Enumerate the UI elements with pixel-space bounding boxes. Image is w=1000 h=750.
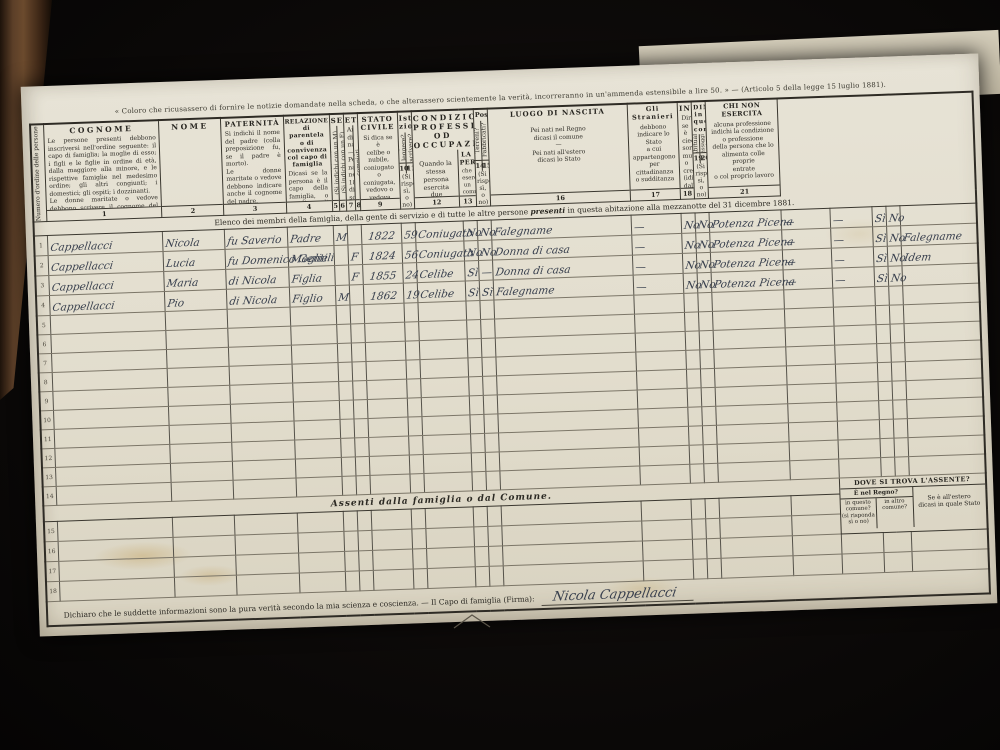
handwritten-entry: 56: [404, 250, 419, 261]
cell: [229, 345, 292, 366]
row-number: 1: [33, 236, 48, 256]
cell: [482, 376, 497, 395]
absent-location-box: DOVE SI TROVA L'ASSENTE? È nel Regno? in…: [839, 473, 987, 534]
cell: [488, 546, 503, 566]
cell: [168, 385, 231, 406]
subcol-occasionale: Occasionale, di passaggio, per breve tem…: [699, 134, 707, 163]
cell: [334, 265, 349, 285]
cell: [233, 459, 296, 480]
handwritten-entry: Lucia: [165, 258, 196, 270]
cell: [427, 567, 476, 589]
cell: [231, 402, 294, 423]
cell: No: [697, 272, 712, 292]
cell: [425, 507, 474, 529]
handwritten-entry: —: [784, 237, 796, 248]
cell: [235, 533, 298, 555]
handwritten-entry: Maria: [166, 278, 199, 290]
cell: No: [683, 253, 698, 273]
cell: di Nicola: [226, 267, 289, 289]
handwritten-entry: Padre: [289, 233, 321, 245]
cell: [792, 514, 841, 536]
subcol-condizione-note: Quando la stessa persona esercita due pr…: [413, 150, 459, 209]
cell: [412, 529, 427, 549]
cell: [173, 535, 236, 557]
cell: No: [697, 252, 712, 272]
cell: [787, 364, 836, 385]
cell: [713, 309, 786, 331]
cell: Maria: [164, 269, 227, 291]
cell: Potenza Picena: [709, 210, 782, 233]
cell: [689, 426, 704, 445]
handwritten-entry: Cappellacci: [50, 261, 113, 274]
handwritten-entry: —: [635, 262, 647, 273]
handwritten-entry: Falegname: [495, 285, 555, 298]
cell: Nicola: [163, 229, 226, 251]
cell: [339, 400, 354, 419]
cell: [467, 338, 482, 357]
cell: [420, 358, 469, 379]
cell: [364, 322, 405, 342]
handwritten-entry: Falegname: [493, 225, 553, 238]
cell: [640, 464, 691, 485]
cell: [704, 463, 719, 482]
cell: No: [695, 212, 710, 232]
handwritten-entry: Sì: [467, 288, 479, 299]
cell: [466, 319, 481, 338]
photo-stage: « Coloro che ricusassero di fornire le n…: [0, 0, 1000, 750]
absent-box-regno: È nel Regno? in questo comune? (si rispo…: [840, 487, 914, 530]
cell: [422, 434, 471, 455]
cell: [231, 421, 294, 442]
cell: [787, 383, 836, 404]
cell: [642, 519, 693, 541]
cell: [298, 551, 345, 573]
cell: [902, 263, 979, 286]
cell: Sì: [874, 266, 889, 286]
cell: [889, 305, 904, 324]
cell: Potenza Picena: [711, 250, 784, 273]
cell: [468, 357, 483, 376]
cell: Potenza Picena: [710, 230, 783, 253]
cell: [365, 341, 406, 361]
cell: [884, 552, 913, 573]
cell: 1862: [363, 283, 404, 304]
cell: [469, 395, 484, 414]
cell: [369, 455, 410, 475]
cell: [342, 476, 357, 495]
handwritten-entry: 1855: [369, 271, 397, 282]
cell: [290, 306, 337, 327]
handwritten-entry: —: [784, 217, 796, 228]
handwritten-entry: Sì: [874, 234, 886, 245]
row-number: 4: [36, 296, 51, 316]
cell: —: [831, 247, 874, 268]
cell: [366, 360, 407, 380]
cell: [354, 418, 369, 437]
cell: [891, 362, 906, 381]
cell: [785, 326, 834, 347]
cell: [338, 381, 353, 400]
cell: [170, 442, 233, 463]
cell: [236, 553, 299, 575]
col-header-relazione: RELAZIONE di parentela o di convivenza c…: [283, 114, 332, 213]
cell: [720, 516, 793, 539]
col-header-nome: NOME 2: [159, 118, 224, 218]
cell: [788, 402, 837, 423]
subcol-sa-scrivere: Sa scrivere? 11: [404, 132, 412, 173]
cell: [482, 357, 497, 376]
col-header-condizione: CONDIZIONE, PROFESSIONE OD OCCUPAZIONE Q…: [411, 109, 476, 209]
row-number: 18: [45, 581, 60, 601]
cell: [295, 457, 342, 478]
handwritten-entry: —: [786, 277, 798, 288]
cell: [411, 509, 426, 529]
handwritten-entry: No: [890, 273, 907, 284]
cell: [643, 559, 694, 581]
cell: M: [333, 225, 348, 245]
cell: [485, 452, 500, 471]
cell: [408, 436, 423, 455]
cell: [835, 363, 878, 383]
cell: [349, 285, 364, 305]
cell: No: [683, 273, 698, 293]
cell: [880, 438, 895, 457]
cell: [413, 568, 428, 588]
cell: [706, 518, 721, 538]
cell: [354, 437, 369, 456]
cell: [703, 425, 718, 444]
cell: [836, 382, 879, 402]
cell: [639, 445, 690, 466]
cell: [474, 546, 489, 566]
handwritten-entry: Donna di casa: [495, 265, 572, 278]
cell: 1824: [362, 243, 403, 264]
cell: [420, 377, 469, 398]
absent-box-in-questo: in questo comune? (si risponda sì o no): [840, 498, 877, 529]
cell: [703, 444, 718, 463]
cell: No: [887, 246, 902, 266]
cell: [836, 401, 879, 421]
cell: [693, 559, 708, 579]
cell: [340, 438, 355, 457]
cell: [641, 499, 692, 521]
cell: [407, 398, 422, 417]
cell: [351, 343, 366, 362]
cell: [406, 379, 421, 398]
cell: [488, 526, 503, 546]
cell: [838, 458, 881, 478]
cell: [372, 549, 413, 570]
handwritten-entry: Potenza Picena: [711, 217, 793, 230]
cell: [701, 368, 716, 387]
cell: Figlia: [288, 266, 335, 288]
cell: [421, 396, 470, 417]
cell: [888, 286, 903, 305]
handwritten-entry: M: [335, 233, 347, 244]
handwritten-entry: F: [351, 252, 360, 263]
cell: —: [781, 208, 830, 230]
cell: [721, 556, 794, 579]
census-sheet: « Coloro che ricusassero di fornire le n…: [21, 53, 998, 636]
absent-box-estero: Se è all'estero dicasi in quale Stato: [913, 484, 986, 526]
handwritten-entry: Potenza Picena: [713, 257, 795, 270]
handwritten-entry: Celibe: [419, 289, 454, 301]
cell: [167, 347, 230, 368]
cell: [404, 303, 419, 322]
cell: [475, 566, 490, 586]
cell: [789, 440, 838, 461]
cell: di Nicola: [227, 287, 290, 309]
cell: [486, 471, 501, 490]
row-number: 11: [40, 429, 55, 448]
cell: [705, 498, 720, 518]
cell: [173, 515, 236, 537]
handwritten-entry: Moglie: [290, 253, 328, 265]
subcol-la-persona: LA PERSONA che esercita un commercio o u…: [457, 149, 476, 207]
cell: [634, 293, 685, 314]
row-number: 10: [40, 410, 55, 429]
cell: [290, 325, 337, 346]
cell: Coniugata: [416, 241, 465, 263]
cell: [489, 566, 504, 586]
cell: [484, 414, 499, 433]
cell: [702, 406, 717, 425]
cell: fu Domenico Gentili: [225, 247, 288, 269]
cell: Sì: [872, 226, 887, 246]
cell: 1855: [362, 263, 403, 284]
cell: [356, 475, 371, 494]
cell: No: [682, 233, 697, 253]
cell: [167, 366, 230, 387]
presenti-emphasis: presenti: [530, 206, 565, 216]
cell: [357, 510, 372, 530]
cell: [715, 385, 788, 407]
cell: [685, 331, 700, 350]
cell: [685, 312, 700, 331]
cell: [426, 527, 475, 549]
cell: [418, 320, 467, 341]
cell: [890, 324, 905, 343]
cell: [713, 328, 786, 350]
row-number: 12: [41, 448, 56, 467]
cell: [358, 530, 373, 550]
cell: [636, 350, 687, 371]
handwritten-entry: —: [832, 235, 844, 246]
cell: [292, 362, 339, 383]
cell: Falegname: [900, 223, 977, 246]
cell: Coniugato: [415, 221, 464, 243]
cell: [424, 472, 473, 493]
cell: [874, 286, 889, 305]
cell: [838, 439, 881, 459]
cell: [175, 575, 238, 597]
head-of-family-signature: Nicola Cappellacci: [542, 586, 696, 606]
cell: [470, 414, 485, 433]
handwritten-entry: fu Saverio: [227, 235, 283, 247]
cell: [688, 407, 703, 426]
cell: [472, 471, 487, 490]
cell: [643, 539, 694, 561]
cell: [423, 453, 472, 474]
cell: [353, 399, 368, 418]
handwritten-entry: Sì: [876, 274, 888, 285]
cell: [637, 388, 688, 409]
cell: Padre: [287, 226, 334, 248]
handwritten-entry: Cappellacci: [52, 301, 115, 314]
handwritten-entry: Cappellacci: [50, 241, 113, 254]
cell: [344, 551, 359, 571]
cell: [368, 436, 409, 456]
cell: —: [632, 233, 683, 255]
row-number: 8: [38, 372, 53, 391]
cell: [912, 549, 989, 572]
handwritten-entry: Celibe: [418, 269, 453, 281]
handwritten-entry: Figlia: [290, 273, 322, 285]
cell: [233, 478, 296, 499]
cell: [837, 420, 880, 440]
cell: [367, 398, 408, 418]
handwritten-entry: Sì: [874, 214, 886, 225]
cell: 1822: [361, 223, 402, 244]
page-fold-mark: [452, 612, 492, 630]
cell: [406, 360, 421, 379]
cell: [484, 433, 499, 452]
cell: —: [829, 207, 872, 228]
cell: [834, 344, 877, 364]
handwritten-entry: —: [634, 242, 646, 253]
cell: —: [633, 253, 684, 275]
cell: [364, 303, 405, 323]
cell: [893, 419, 908, 438]
cell: No: [696, 232, 711, 252]
row-number: 9: [39, 391, 54, 410]
cell: [717, 442, 790, 464]
cell: [879, 419, 894, 438]
cell: [689, 445, 704, 464]
cell: —: [782, 228, 831, 250]
cell: [892, 400, 907, 419]
cell: [911, 529, 988, 552]
handwritten-entry: Nicola: [165, 238, 201, 250]
cell: [471, 452, 486, 471]
cell: [698, 292, 713, 311]
cell: [373, 569, 414, 590]
handwritten-entry: Sì: [481, 288, 493, 299]
cell: —: [631, 213, 682, 235]
col-header-cognome: COGNOME Le persone presenti debbono insc…: [44, 120, 163, 221]
cell: [297, 511, 344, 533]
absent-box-in-altro: in altro comune?: [876, 497, 914, 528]
cell: [336, 324, 351, 343]
row-number: 13: [42, 467, 57, 486]
cell: [291, 344, 338, 365]
cell: Lucia: [163, 249, 226, 271]
cell: No: [886, 226, 901, 246]
col-header-stranieri: Gli Stranieri debbono indicare lo Stato …: [627, 102, 680, 201]
cell: [359, 570, 374, 590]
row-number: 15: [43, 521, 58, 541]
cell: [718, 461, 791, 483]
cell: [716, 404, 789, 426]
cell: No: [888, 266, 903, 286]
row-number: 14: [42, 486, 57, 505]
cell: [294, 438, 341, 459]
handwritten-entry: M: [337, 293, 349, 304]
handwritten-entry: No: [888, 213, 905, 224]
cell: [686, 350, 701, 369]
cell: [237, 573, 300, 595]
cell: [340, 419, 355, 438]
order-number-label: Numero d'ordine delle persone: [34, 126, 44, 221]
cell: [230, 383, 293, 404]
cell: [701, 387, 716, 406]
cell: [894, 457, 909, 476]
row-number: 7: [38, 353, 53, 372]
handwritten-entry: —: [481, 268, 493, 279]
handwritten-entry: 1824: [368, 251, 396, 262]
cell: [466, 300, 481, 319]
row-number: 3: [35, 276, 50, 296]
cell: —: [832, 267, 875, 288]
handwritten-entry: Sì: [467, 268, 479, 279]
handwritten-entry: Potenza Picena: [714, 277, 796, 290]
cell: 59: [401, 223, 416, 243]
cell: [480, 300, 495, 319]
row-number: 17: [45, 561, 60, 581]
cell: fu Saverio: [225, 227, 288, 249]
cell: [352, 381, 367, 400]
cell: [372, 529, 413, 550]
cell: [473, 506, 488, 526]
cell: [707, 538, 722, 558]
cell: [876, 343, 891, 362]
handwritten-entry: Idem: [903, 252, 932, 264]
cell: [294, 419, 341, 440]
handwritten-entry: —: [633, 222, 645, 233]
cell: [880, 457, 895, 476]
cell: —: [830, 227, 873, 248]
cell: —: [478, 260, 493, 280]
cell: [833, 306, 876, 326]
handwritten-entry: Cappellacci: [51, 281, 114, 294]
cell: [408, 417, 423, 436]
row-number: 6: [37, 334, 52, 353]
cell: [299, 571, 346, 593]
cell: [412, 549, 427, 569]
handwritten-entry: di Nicola: [229, 295, 278, 307]
cell: [875, 305, 890, 324]
cell: [165, 309, 228, 330]
row-number: 16: [44, 541, 59, 561]
cell: [474, 526, 489, 546]
cell: [232, 440, 295, 461]
cell: [790, 459, 839, 480]
cell: [714, 347, 787, 369]
cell: Sì: [479, 280, 494, 300]
cell: [352, 362, 367, 381]
cell: [350, 324, 365, 343]
handwritten-entry: 24: [404, 270, 419, 281]
cell: [719, 496, 792, 519]
cell: [487, 506, 502, 526]
handwritten-entry: —: [832, 215, 844, 226]
cell: [227, 307, 290, 328]
cell: [171, 461, 234, 482]
cell: Pio: [165, 289, 228, 311]
cell: [480, 319, 495, 338]
cell: [470, 433, 485, 452]
cell: [358, 550, 373, 570]
